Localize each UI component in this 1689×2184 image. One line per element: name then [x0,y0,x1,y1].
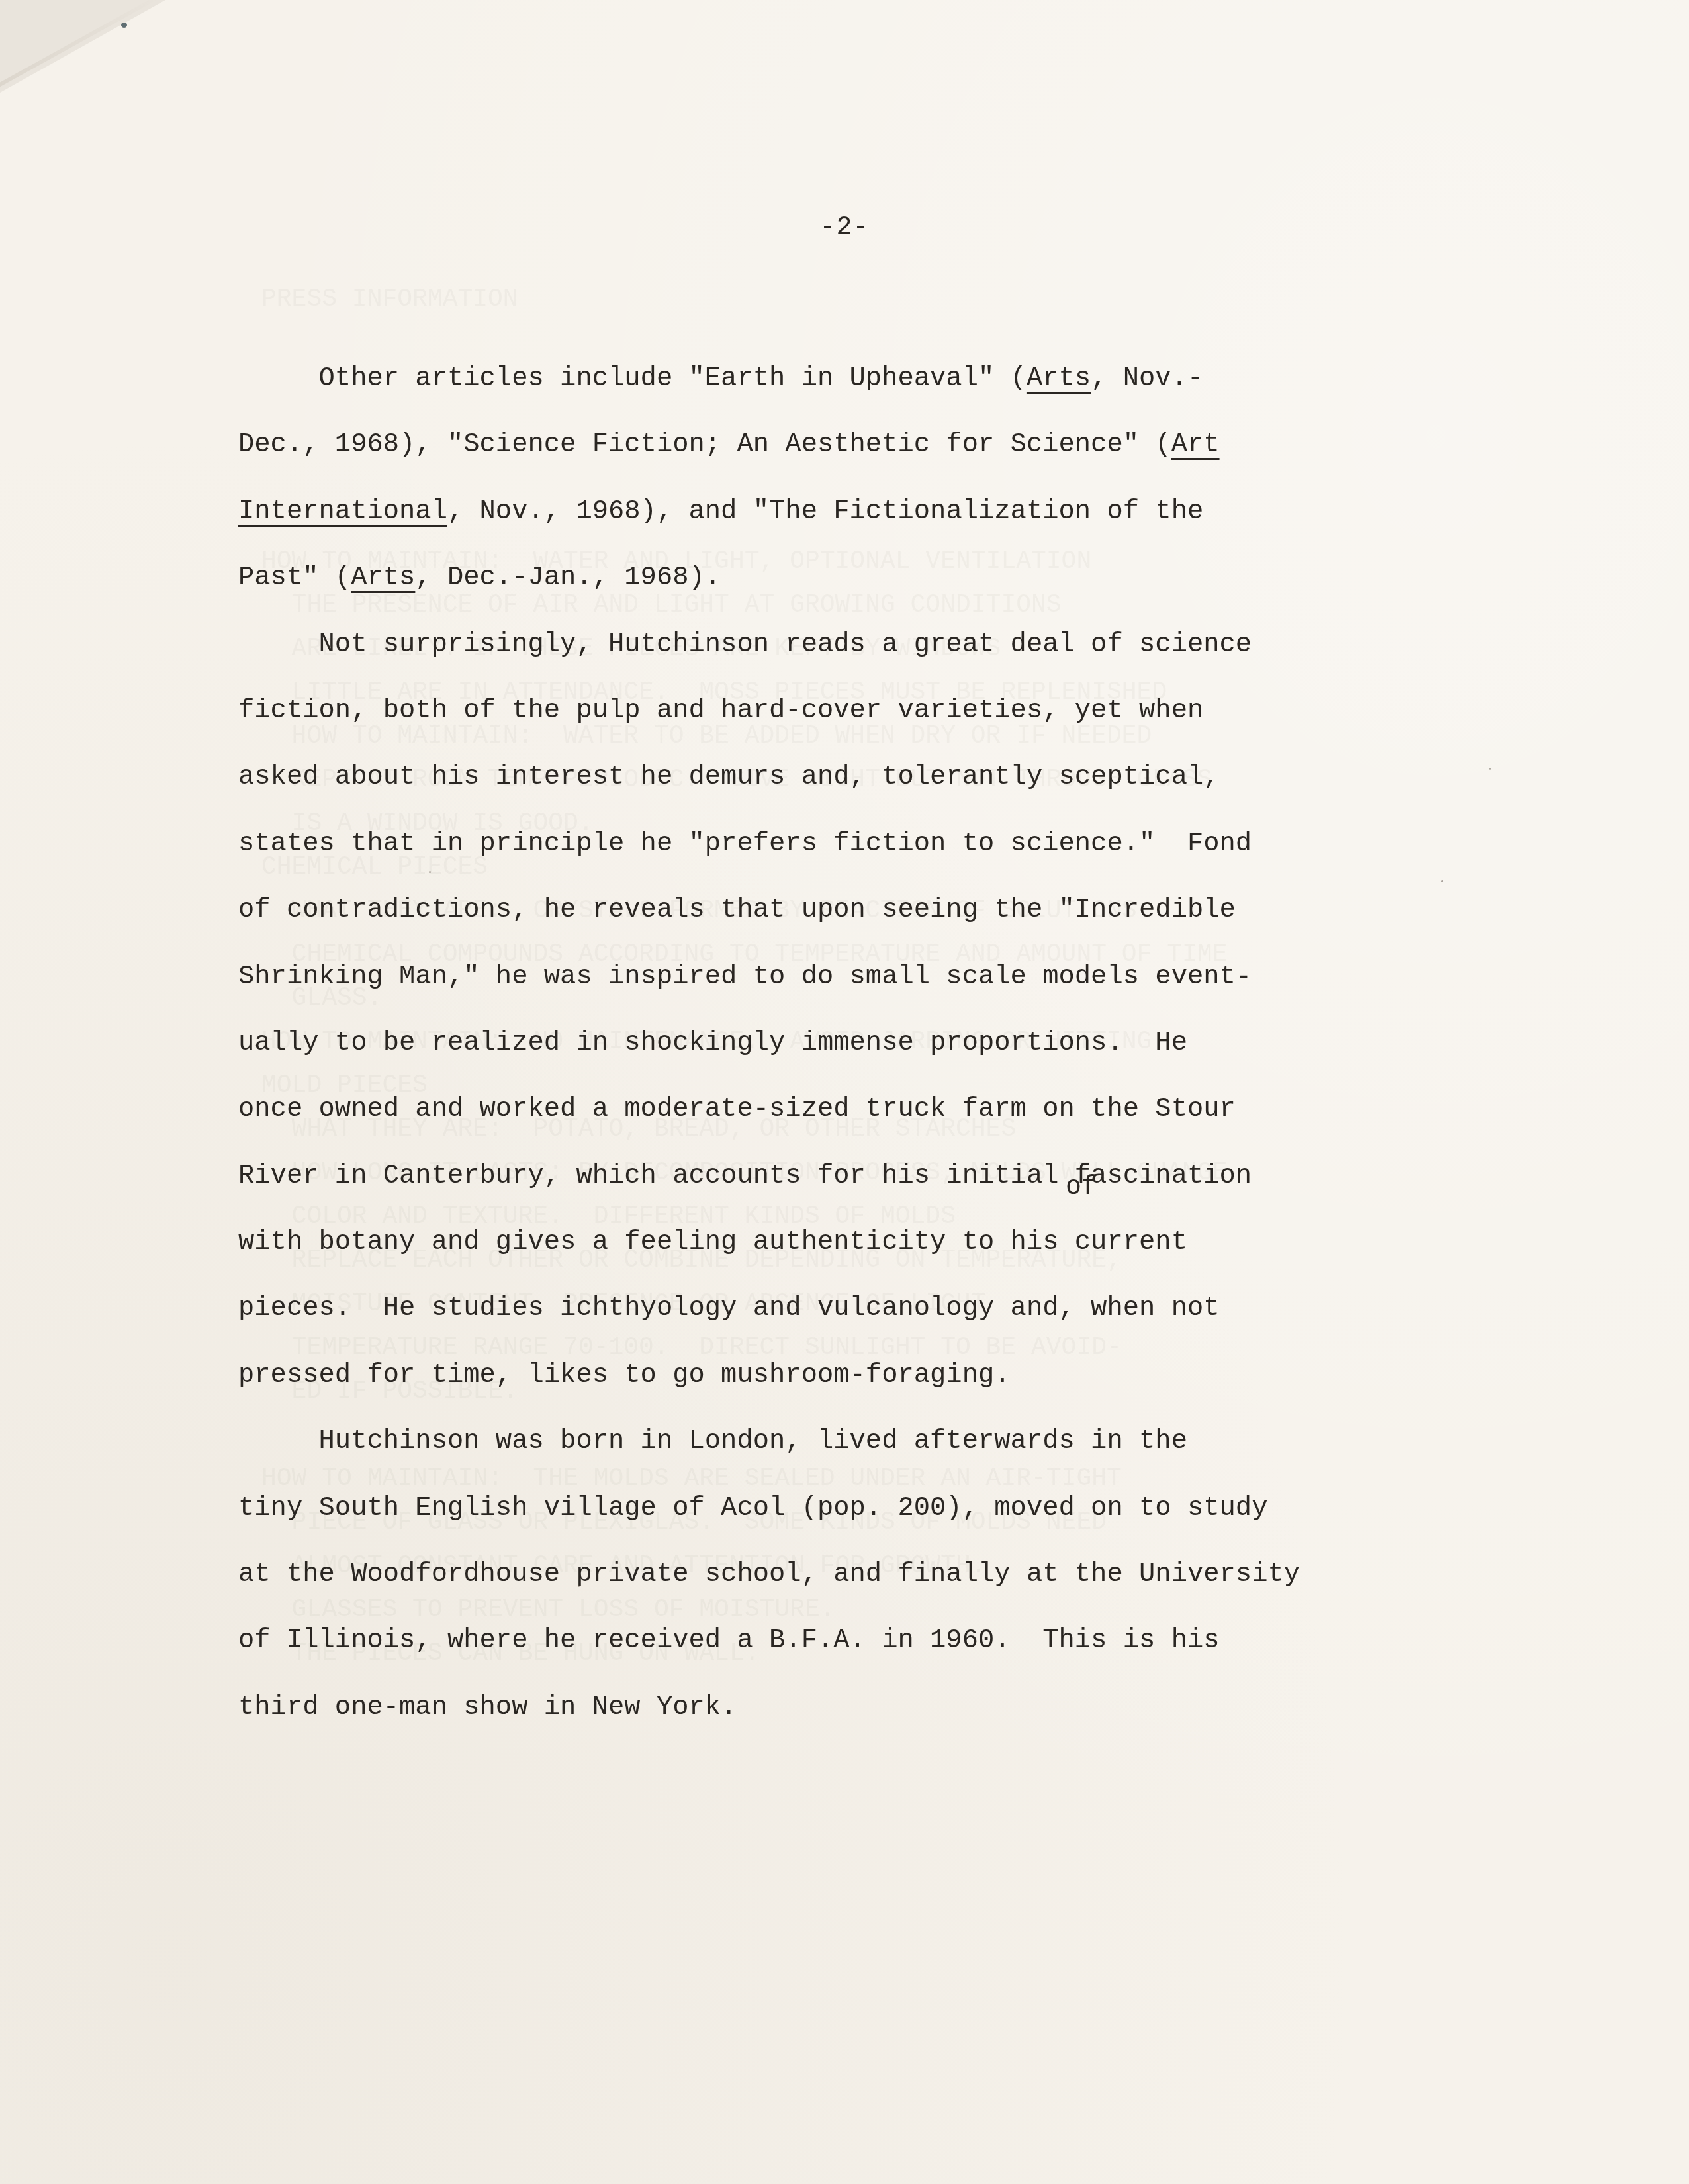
text-line-with-insertion: ofwith botany and gives a feeling authen… [238,1209,1549,1275]
text-line: Dec., 1968), "Science Fiction; An Aesthe… [238,412,1549,478]
text-line: once owned and worked a moderate-sized t… [238,1076,1549,1142]
text-line: Other articles include "Earth in Upheava… [238,345,1549,412]
paragraph-science-fiction: Not surprisingly, Hutchinson reads a gre… [238,612,1549,1409]
text-line: tiny South English village of Acol (pop.… [238,1475,1549,1541]
text-segment: with botany and gives a feeling authenti… [238,1227,1187,1257]
text-segment: , Dec.-Jan., 1968). [415,563,721,593]
text-line: River in Canterbury, which accounts for … [238,1143,1549,1209]
document-page: PRESS INFORMATION HOW TO MAINTAIN: WATER… [0,0,1689,2184]
paper-speck [1489,768,1491,770]
paper-speck [1441,880,1443,882]
paper-speck [578,1585,580,1587]
text-segment: , Nov.- [1091,363,1203,394]
text-line: asked about his interest he demurs and, … [238,744,1549,810]
text-line: Not surprisingly, Hutchinson reads a gre… [238,612,1549,678]
staple-hole [121,23,127,28]
text-line: Shrinking Man," he was inspired to do sm… [238,944,1549,1010]
text-line: Hutchinson was born in London, lived aft… [238,1408,1549,1475]
publication-title-art: Art [1171,430,1220,460]
text-line: fiction, both of the pulp and hard-cover… [238,678,1549,744]
paper-speck [429,871,431,873]
text-line: states that in principle he "prefers fic… [238,811,1549,877]
text-line: pressed for time, likes to go mushroom-f… [238,1342,1549,1408]
paragraph-biography: Hutchinson was born in London, lived aft… [238,1408,1549,1741]
text-line: Past" (Arts, Dec.-Jan., 1968). [238,545,1549,611]
text-line: pieces. He studies ichthyology and vulca… [238,1275,1549,1342]
publication-title-international: International [238,496,447,527]
folded-corner [0,0,165,93]
text-line: International, Nov., 1968), and "The Fic… [238,478,1549,545]
text-segment: Past" ( [238,563,351,593]
text-line: at the Woodfordhouse private school, and… [238,1541,1549,1608]
paragraph-other-articles: Other articles include "Earth in Upheava… [238,345,1549,612]
page-number: -2- [0,213,1689,243]
text-line: ually to be realized in shockingly immen… [238,1010,1549,1076]
text-line: of Illinois, where he received a B.F.A. … [238,1608,1549,1674]
text-segment: Other articles include "Earth in Upheava… [238,363,1027,394]
text-segment: Dec., 1968), "Science Fiction; An Aesthe… [238,430,1171,460]
publication-title-arts: Arts [351,563,415,593]
text-line: third one-man show in New York. [238,1674,1549,1741]
text-segment: , Nov., 1968), and "The Fictionalization… [447,496,1203,527]
body-text: Other articles include "Earth in Upheava… [238,345,1549,1741]
publication-title-arts: Arts [1027,363,1091,394]
text-line: of contradictions, he reveals that upon … [238,877,1549,943]
handwritten-insertion: of [1066,1175,1097,1201]
